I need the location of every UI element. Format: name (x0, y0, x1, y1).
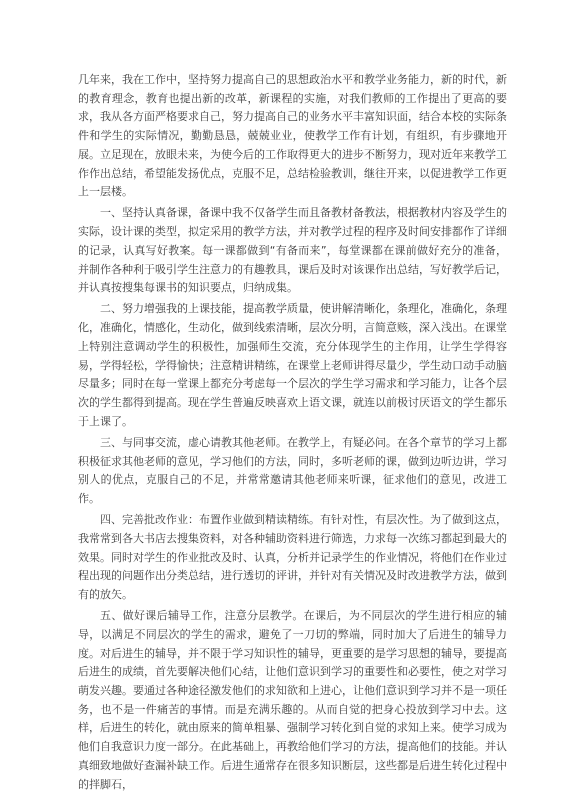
paragraph-section-3: 三、与同事交流，虚心请教其他老师。在教学上，有疑必问。在各个章节的学习上都积极征… (78, 434, 507, 509)
paragraph-section-2: 二、努力增强我的上课技能，提高教学质量，使讲解清晰化，条理化，准确化，条理化，准… (78, 300, 507, 431)
document-page: 几年来，我在工作中，坚持努力提高自己的思想政治水平和教学业务能力，新的时代，新的… (0, 0, 566, 800)
paragraph-section-4: 四、完善批改作业：布置作业做到精读精练。有针对性，有层次性。为了做到这点，我常常… (78, 511, 507, 605)
document-body: 几年来，我在工作中，坚持努力提高自己的思想政治水平和教学业务能力，新的时代，新的… (78, 71, 507, 794)
paragraph-section-5: 五、做好课后辅导工作，注意分层教学。在课后，为不同层次的学生进行相应的辅导，以满… (78, 607, 507, 794)
paragraph-intro: 几年来，我在工作中，坚持努力提高自己的思想政治水平和教学业务能力，新的时代，新的… (78, 71, 507, 202)
paragraph-section-1: 一、坚持认真备课，备课中我不仅备学生而且备教材备教法，根据教材内容及学生的实际，… (78, 204, 507, 298)
